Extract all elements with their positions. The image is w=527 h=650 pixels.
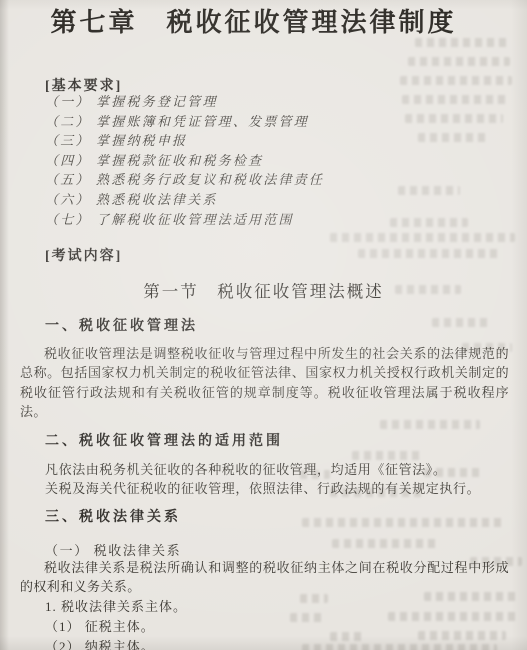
paragraph-tax-legal-relationship: 税收法律关系是税法所确认和调整的税收征纳主体之间在税收分配过程中形成的权利和义务… <box>20 558 509 597</box>
requirement-item: （二） 掌握账簿和凭证管理、发票管理 <box>45 112 324 132</box>
bleed-through-mark <box>388 612 518 621</box>
heading-scope-of-application: 二、税收征收管理法的适用范围 <box>45 430 283 450</box>
bleed-through-mark <box>405 114 503 123</box>
paragraph-scope-line-2: 关税及海关代征税收的征收管理，依照法律、行政法规的有关规定执行。 <box>45 478 480 497</box>
heading-tax-collection-law: 一、税收征收管理法 <box>45 315 198 335</box>
subject-list-item: （1） 征税主体。 <box>45 617 187 637</box>
heading-tax-legal-relationship: 三、税收法律关系 <box>45 506 181 526</box>
paragraph-tax-collection-law: 税收征收管理法是调整税收征收与管理过程中所发生的社会关系的法律规范的总称。包括国… <box>20 344 509 421</box>
bleed-through-mark <box>302 644 497 650</box>
bleed-through-mark <box>332 539 440 548</box>
bleed-through-mark <box>302 518 502 527</box>
bleed-through-mark <box>408 57 510 66</box>
subject-list-item: （2） 纳税主体。 <box>45 637 187 650</box>
bleed-through-mark <box>400 76 512 85</box>
paragraph-scope-line-1: 凡依法由税务机关征收的各种税收的征收管理，均适用《征管法》。 <box>45 459 447 478</box>
exam-content-label: [考试内容] <box>45 245 122 265</box>
subheading-tax-legal-relationship: （一） 税收法律关系 <box>45 540 181 559</box>
bleed-through-mark <box>402 95 510 104</box>
bleed-through-mark <box>390 218 468 227</box>
bleed-through-mark <box>330 632 362 641</box>
section-title: 第一节 税收征收管理法概述 <box>0 278 527 302</box>
chapter-title: 第七章 税收征收管理法律制度 <box>0 2 517 39</box>
bleed-through-mark <box>418 133 490 142</box>
requirement-item: （一） 掌握税务登记管理 <box>45 92 324 112</box>
basic-requirements-list: （一） 掌握税务登记管理（二） 掌握账簿和凭证管理、发票管理（三） 掌握纳税申报… <box>45 92 324 229</box>
bleed-through-mark <box>358 249 498 258</box>
bleed-through-mark <box>418 631 506 640</box>
bleed-through-mark <box>415 38 510 47</box>
bleed-through-mark <box>380 420 480 429</box>
requirement-item: （三） 掌握纳税申报 <box>45 131 324 151</box>
requirement-item: （七） 了解税收征收管理法适用范围 <box>45 210 324 230</box>
bleed-through-mark <box>432 318 490 327</box>
tax-legal-relationship-subject-list: 1. 税收法律关系主体。（1） 征税主体。（2） 纳税主体。 <box>45 597 187 650</box>
requirement-item: （五） 熟悉税务行政复议和税收法律责任 <box>45 170 324 190</box>
requirement-item: （六） 熟悉税收法律关系 <box>45 190 324 210</box>
bleed-through-mark <box>398 186 460 195</box>
bleed-through-mark <box>290 613 322 622</box>
requirement-item: （四） 掌握税款征收和税务检查 <box>45 151 324 171</box>
subject-list-item: 1. 税收法律关系主体。 <box>45 597 187 617</box>
bleed-through-mark <box>330 233 515 242</box>
scanned-textbook-page: 第七章 税收征收管理法律制度 [基本要求] （一） 掌握税务登记管理（二） 掌握… <box>0 0 527 650</box>
